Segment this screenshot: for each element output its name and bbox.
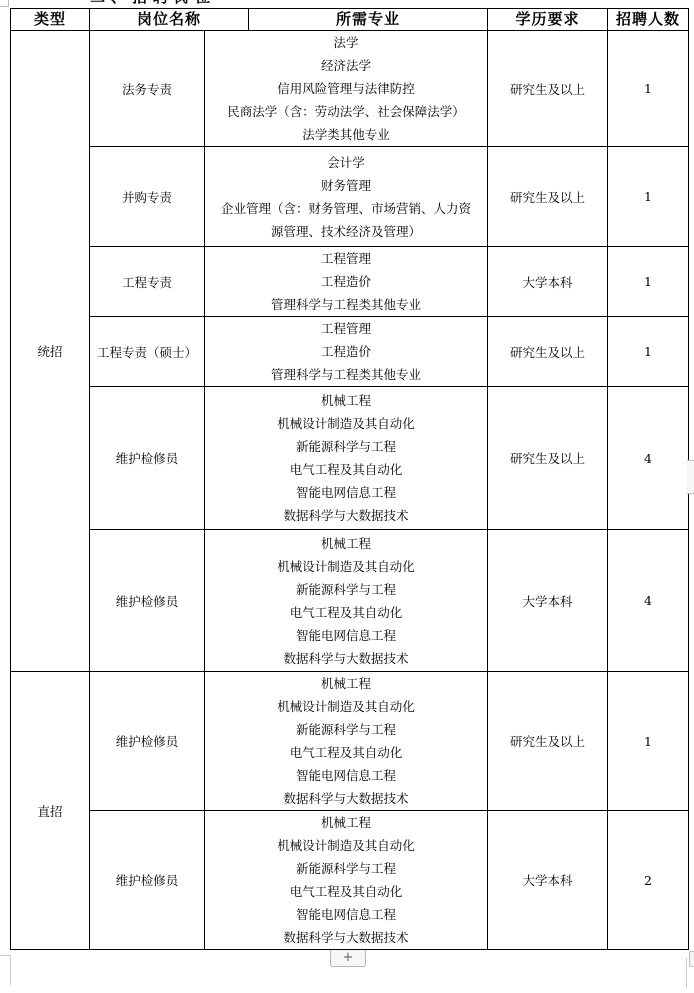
major-item: 新能源科学与工程 bbox=[205, 578, 487, 601]
header-majors: 所需专业 bbox=[249, 9, 488, 31]
count-cell: 1 bbox=[608, 147, 689, 247]
major-item: 电气工程及其自动化 bbox=[205, 458, 487, 481]
plus-icon: + bbox=[343, 950, 354, 965]
position-cell: 并购专责 bbox=[90, 147, 205, 247]
education-cell: 研究生及以上 bbox=[488, 387, 608, 530]
add-row-button[interactable]: + bbox=[330, 950, 366, 967]
page-margin-guide bbox=[10, 955, 11, 985]
majors-cell: 工程管理 工程造价 管理科学与工程类其他专业 bbox=[205, 247, 488, 317]
major-item: 机械工程 bbox=[205, 811, 487, 834]
major-item: 数据科学与大数据技术 bbox=[205, 787, 487, 810]
recruitment-table: 类型 岗位名称 所需专业 学历要求 招聘人数 统招 法务专责 法学 经济法学 信… bbox=[10, 8, 689, 950]
header-category: 类型 bbox=[11, 9, 90, 31]
education-cell: 研究生及以上 bbox=[488, 317, 608, 387]
major-item: 机械工程 bbox=[205, 672, 487, 695]
page-margin-guide bbox=[0, 955, 10, 956]
major-item: 工程管理 bbox=[205, 317, 487, 340]
majors-cell: 机械工程 机械设计制造及其自动化 新能源科学与工程 电气工程及其自动化 智能电网… bbox=[205, 530, 488, 672]
table-row: 维护检修员 机械工程 机械设计制造及其自动化 新能源科学与工程 电气工程及其自动… bbox=[11, 811, 689, 950]
major-item: 机械工程 bbox=[205, 389, 487, 412]
major-item: 工程管理 bbox=[205, 247, 487, 270]
major-item: 电气工程及其自动化 bbox=[205, 741, 487, 764]
major-item: 数据科学与大数据技术 bbox=[205, 926, 487, 949]
header-education: 学历要求 bbox=[488, 9, 608, 31]
major-item: 数据科学与大数据技术 bbox=[205, 647, 487, 670]
major-item: 工程造价 bbox=[205, 270, 487, 293]
major-item: 源管理、技术经济及管理） bbox=[205, 220, 487, 243]
major-item: 电气工程及其自动化 bbox=[205, 601, 487, 624]
table-row: 并购专责 会计学 财务管理 企业管理（含：财务管理、市场营销、人力资 源管理、技… bbox=[11, 147, 689, 247]
education-cell: 研究生及以上 bbox=[488, 31, 608, 147]
page-corner-mark bbox=[0, 0, 9, 7]
major-item: 机械设计制造及其自动化 bbox=[205, 555, 487, 578]
major-item: 会计学 bbox=[205, 151, 487, 174]
position-cell: 工程专责 bbox=[90, 247, 205, 317]
major-item: 智能电网信息工程 bbox=[205, 624, 487, 647]
major-item: 企业管理（含：财务管理、市场营销、人力资 bbox=[205, 197, 487, 220]
table-resize-handle[interactable] bbox=[689, 951, 694, 967]
major-item: 民商法学（含：劳动法学、社会保障法学） bbox=[205, 100, 487, 123]
major-item: 管理科学与工程类其他专业 bbox=[205, 293, 487, 316]
table-header-row: 类型 岗位名称 所需专业 学历要求 招聘人数 bbox=[11, 9, 689, 31]
table-side-handle[interactable] bbox=[687, 460, 694, 494]
education-cell: 大学本科 bbox=[488, 811, 608, 950]
major-item: 经济法学 bbox=[205, 54, 487, 77]
position-cell: 维护检修员 bbox=[90, 811, 205, 950]
majors-cell: 机械工程 机械设计制造及其自动化 新能源科学与工程 电气工程及其自动化 智能电网… bbox=[205, 811, 488, 950]
major-item: 机械设计制造及其自动化 bbox=[205, 412, 487, 435]
position-cell: 工程专责（硕士） bbox=[90, 317, 205, 387]
header-count: 招聘人数 bbox=[608, 9, 689, 31]
header-position: 岗位名称 bbox=[90, 9, 249, 31]
major-item: 机械工程 bbox=[205, 532, 487, 555]
major-item: 数据科学与大数据技术 bbox=[205, 504, 487, 527]
count-cell: 2 bbox=[608, 811, 689, 950]
count-cell: 1 bbox=[608, 672, 689, 811]
education-cell: 大学本科 bbox=[488, 530, 608, 672]
majors-cell: 机械工程 机械设计制造及其自动化 新能源科学与工程 电气工程及其自动化 智能电网… bbox=[205, 672, 488, 811]
table-row: 统招 法务专责 法学 经济法学 信用风险管理与法律防控 民商法学（含：劳动法学、… bbox=[11, 31, 689, 147]
major-item: 机械设计制造及其自动化 bbox=[205, 695, 487, 718]
major-item: 智能电网信息工程 bbox=[205, 481, 487, 504]
majors-cell: 会计学 财务管理 企业管理（含：财务管理、市场营销、人力资 源管理、技术经济及管… bbox=[205, 147, 488, 247]
major-item: 财务管理 bbox=[205, 174, 487, 197]
majors-cell: 工程管理 工程造价 管理科学与工程类其他专业 bbox=[205, 317, 488, 387]
major-item: 新能源科学与工程 bbox=[205, 718, 487, 741]
table-row: 维护检修员 机械工程 机械设计制造及其自动化 新能源科学与工程 电气工程及其自动… bbox=[11, 530, 689, 672]
count-cell: 1 bbox=[608, 317, 689, 387]
major-item: 管理科学与工程类其他专业 bbox=[205, 363, 487, 386]
major-item: 新能源科学与工程 bbox=[205, 857, 487, 880]
position-cell: 维护检修员 bbox=[90, 530, 205, 672]
category-cell: 统招 bbox=[11, 31, 90, 672]
position-cell: 维护检修员 bbox=[90, 387, 205, 530]
page-margin-guide bbox=[686, 958, 687, 988]
category-cell: 直招 bbox=[11, 672, 90, 950]
table-row: 工程专责 工程管理 工程造价 管理科学与工程类其他专业 大学本科 1 bbox=[11, 247, 689, 317]
majors-cell: 机械工程 机械设计制造及其自动化 新能源科学与工程 电气工程及其自动化 智能电网… bbox=[205, 387, 488, 530]
major-item: 电气工程及其自动化 bbox=[205, 880, 487, 903]
education-cell: 研究生及以上 bbox=[488, 147, 608, 247]
count-cell: 4 bbox=[608, 387, 689, 530]
count-cell: 1 bbox=[608, 247, 689, 317]
table-row: 直招 维护检修员 机械工程 机械设计制造及其自动化 新能源科学与工程 电气工程及… bbox=[11, 672, 689, 811]
major-item: 智能电网信息工程 bbox=[205, 764, 487, 787]
major-item: 法学类其他专业 bbox=[205, 123, 487, 146]
major-item: 法学 bbox=[205, 31, 487, 54]
major-item: 智能电网信息工程 bbox=[205, 903, 487, 926]
major-item: 机械设计制造及其自动化 bbox=[205, 834, 487, 857]
section-title-fragment: 二、招聘岗位 bbox=[90, 0, 216, 4]
major-item: 新能源科学与工程 bbox=[205, 435, 487, 458]
table-row: 维护检修员 机械工程 机械设计制造及其自动化 新能源科学与工程 电气工程及其自动… bbox=[11, 387, 689, 530]
count-cell: 1 bbox=[608, 31, 689, 147]
major-item: 工程造价 bbox=[205, 340, 487, 363]
major-item: 信用风险管理与法律防控 bbox=[205, 77, 487, 100]
position-cell: 法务专责 bbox=[90, 31, 205, 147]
education-cell: 大学本科 bbox=[488, 247, 608, 317]
position-cell: 维护检修员 bbox=[90, 672, 205, 811]
count-cell: 4 bbox=[608, 530, 689, 672]
education-cell: 研究生及以上 bbox=[488, 672, 608, 811]
table-row: 工程专责（硕士） 工程管理 工程造价 管理科学与工程类其他专业 研究生及以上 1 bbox=[11, 317, 689, 387]
majors-cell: 法学 经济法学 信用风险管理与法律防控 民商法学（含：劳动法学、社会保障法学） … bbox=[205, 31, 488, 147]
